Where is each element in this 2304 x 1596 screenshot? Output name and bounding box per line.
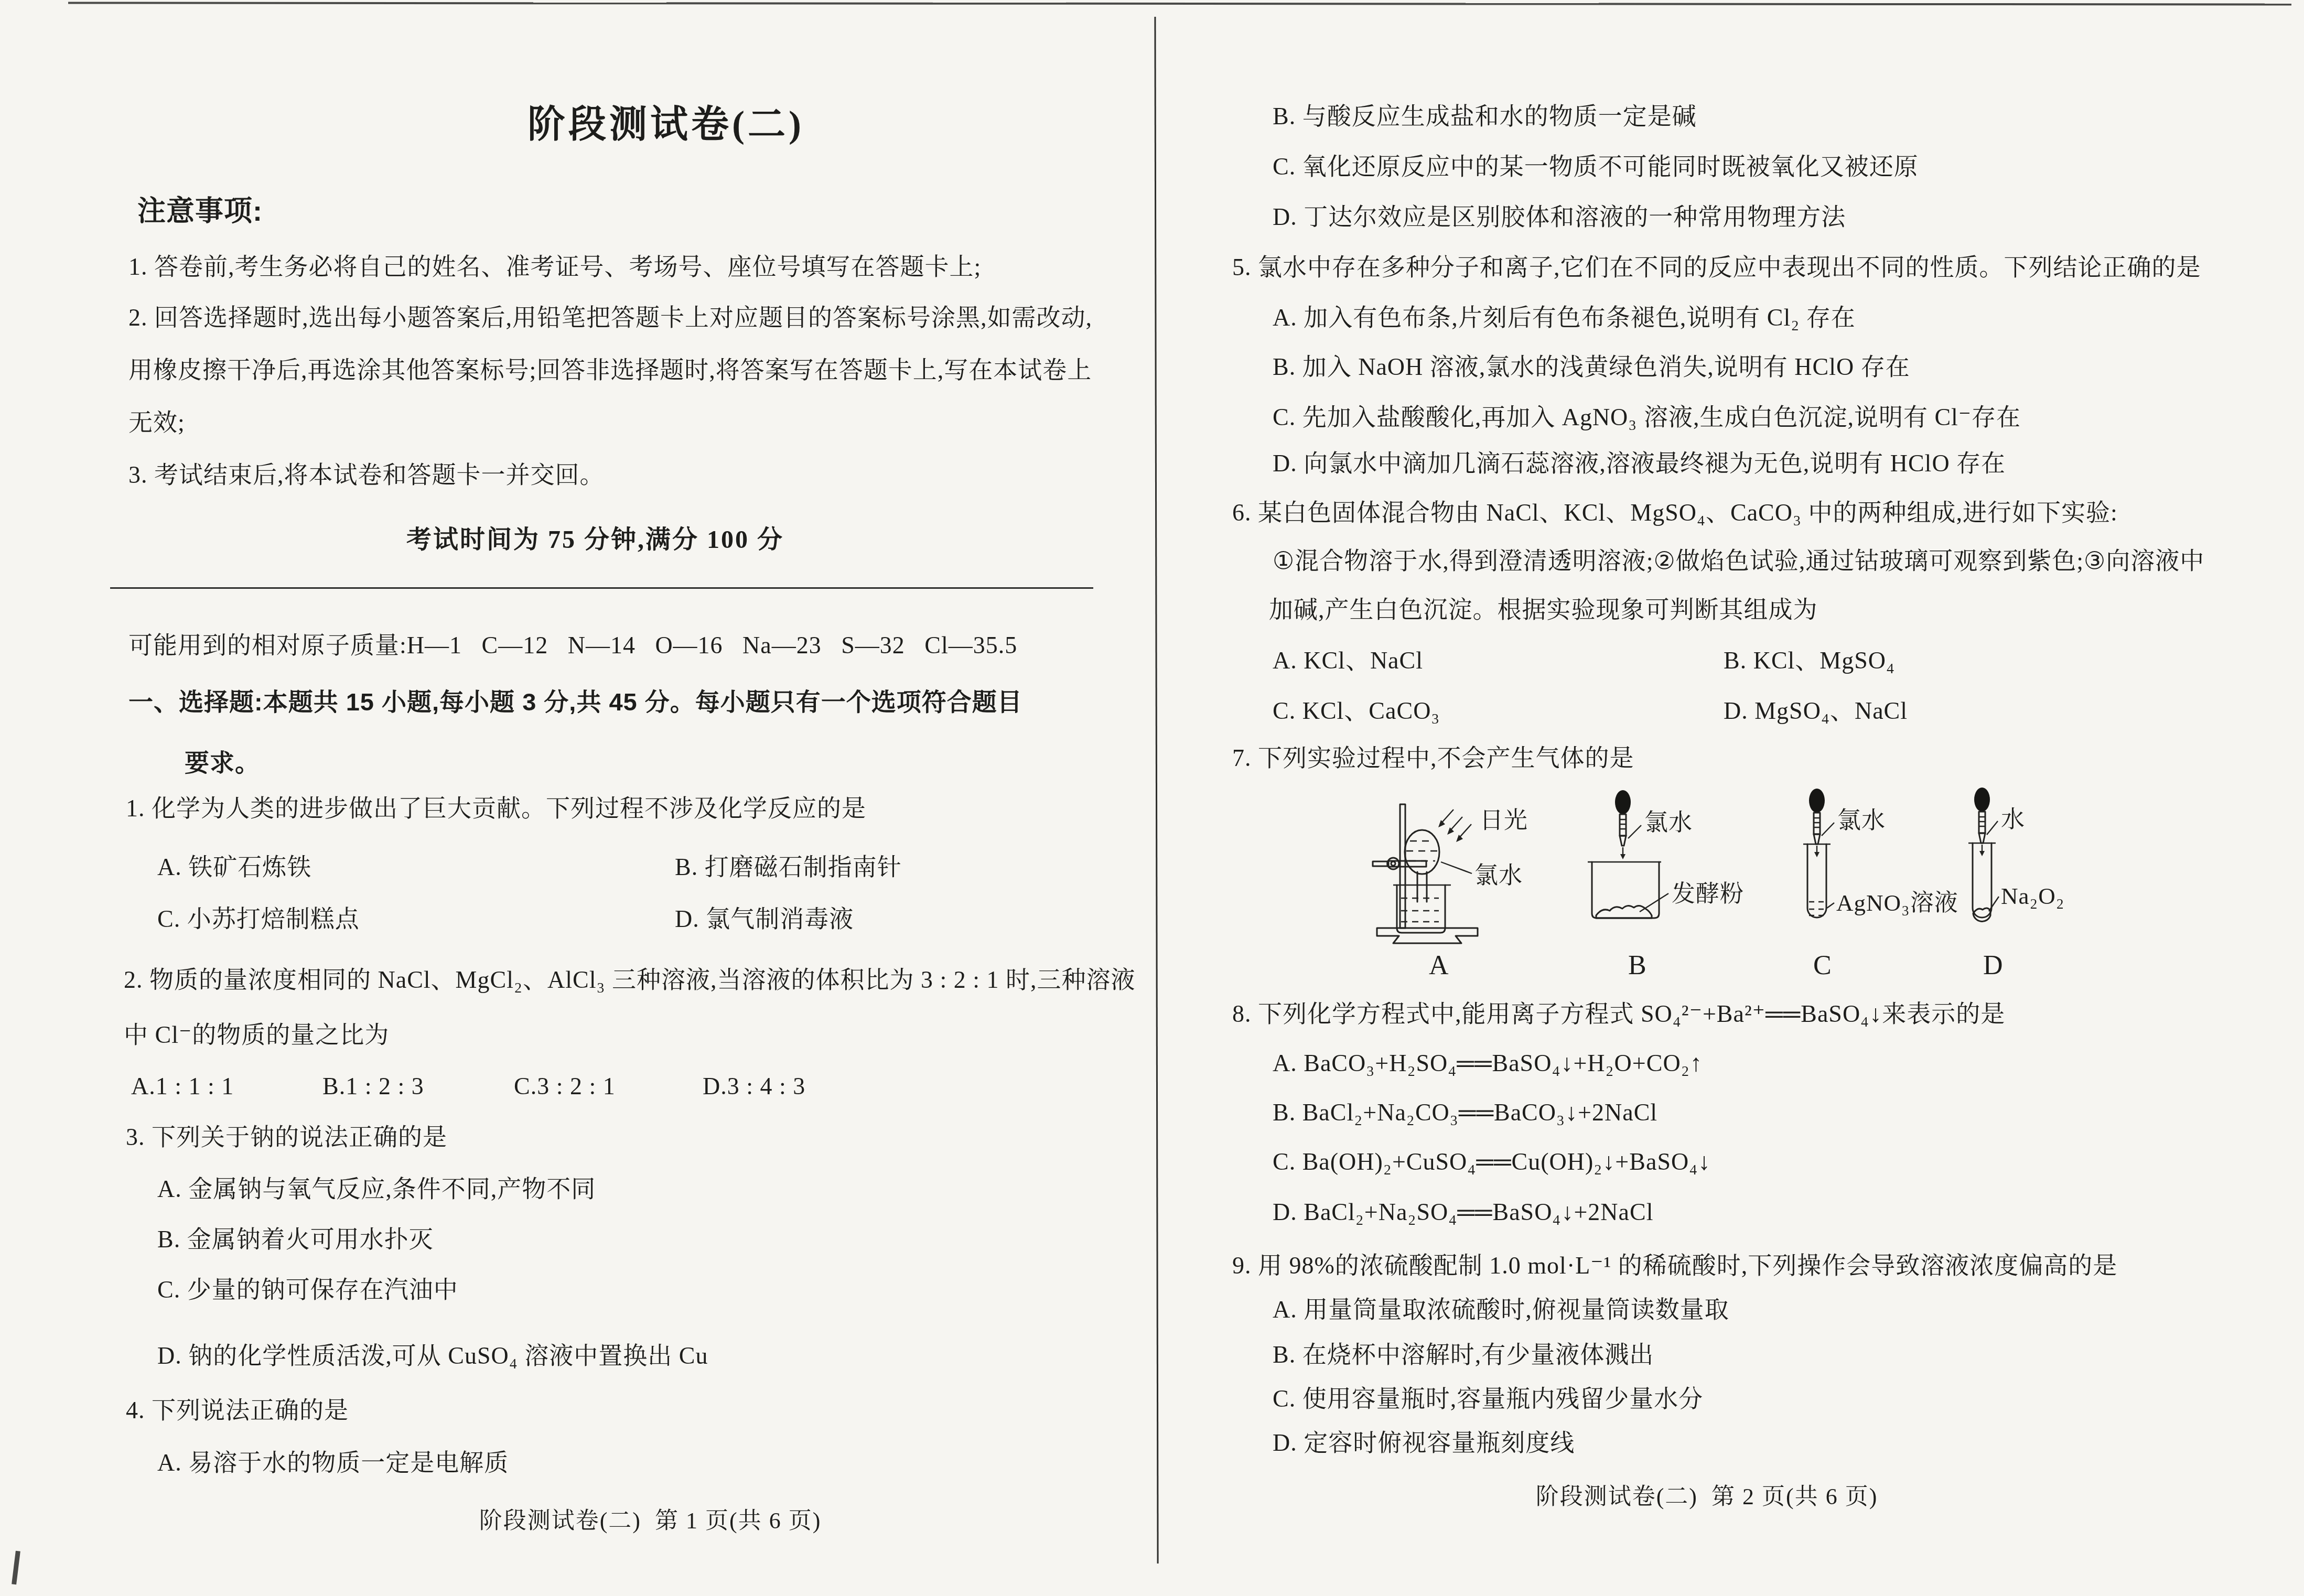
q1-option-d: D. 氯气制消毒液 [675,905,854,933]
notice-line-2b: 用橡皮擦干净后,再选涂其他答案标号;回答非选择题时,将答案写在答题卡上,写在本试… [128,357,1092,384]
q2-option-a: A.1 : 1 : 1 [131,1073,234,1101]
fig-label-agno3: AgNO₃溶液 [1836,890,1958,916]
flask-liquid-icon [1406,841,1438,861]
stand-clamp-knob-icon [1373,861,1387,866]
q8-option-d: D. BaCl₂+Na₂SO₄══BaSO₄↓+2NaCl [1273,1199,1653,1226]
dropper-bulb-icon [1809,789,1825,813]
dropper-tip-icon [1620,836,1626,846]
fig-label-chlorine-a: 氯水 [1474,862,1523,889]
q3-option-a: A. 金属钠与氧气反应,条件不同,产物不同 [157,1176,596,1203]
q6-stem-line1: 6. 某白色固体混合物由 NaCl、KCl、MgSO₄、CaCO₃ 中的两种组成… [1232,499,2118,527]
q9-option-b: B. 在烧杯中溶解时,有少量液体溅出 [1273,1341,1654,1369]
dropper-tip-icon [1979,833,1985,843]
page-divider-line [1154,17,1158,1563]
notice-line-1: 1. 答卷前,考生务必将自己的姓名、准考证号、考场号、座位号填写在答题卡上; [128,253,981,281]
q2-stem-line1: 2. 物质的量浓度相同的 NaCl、MgCl₂、AlCl₃ 三种溶液,当溶液的体… [124,966,1136,994]
q7-experiment-figure: 日光 氯水 A 氯水 发酵粉 B [1342,782,2076,984]
dropper-b-leader [1628,825,1641,838]
dropper-d-leader [1987,821,1998,835]
fig-label-chlorine-c: 氯水 [1837,807,1886,834]
q9-option-a: A. 用量筒量取浓硫酸时,俯视量筒读数量取 [1273,1296,1729,1324]
fig-label-water: 水 [2001,806,2025,833]
q2-stem-line2: 中 Cl⁻的物质的量之比为 [124,1021,389,1049]
dropper-c-leader [1822,823,1834,836]
q5-option-a: A. 加入有色布条,片刻后有色布条褪色,说明有 Cl₂ 存在 [1273,304,1856,332]
q5-stem: 5. 氯水中存在多种分子和离子,它们在不同的反应中表现出不同的性质。下列结论正确… [1232,254,2201,282]
q4-option-a: A. 易溶于水的物质一定是电解质 [157,1449,509,1477]
q8-stem: 8. 下列化学方程式中,能用离子方程式 SO₄²⁻+Ba²⁺══BaSO₄↓来表… [1232,1000,2005,1028]
q9-option-d: D. 定容时俯视容量瓶刻度线 [1273,1429,1575,1457]
scan-edge-top [68,2,2291,6]
fig-label-baking-powder: 发酵粉 [1672,881,1744,907]
section-heading-line2: 要求。 [185,749,260,777]
q7-stem: 7. 下列实验过程中,不会产生气体的是 [1232,745,1634,772]
flask-label-leader [1441,862,1472,874]
powder-leader [1640,893,1668,912]
dropper-marks-icon [1814,818,1820,827]
q2-option-c: C.3 : 2 : 1 [514,1073,616,1101]
page2-footer: 阶段测试卷(二) 第 2 页(共 6 页) [1536,1484,1878,1511]
q2-option-b: B.1 : 2 : 3 [322,1073,424,1101]
q4-option-c: C. 氧化还原反应中的某一物质不可能同时既被氧化又被还原 [1273,153,1919,181]
page1-footer: 阶段测试卷(二) 第 1 页(共 6 页) [479,1508,822,1535]
agno3-leader [1827,903,1834,908]
apparatus-d: 水 Na₂O₂ D [1968,788,2064,980]
scanned-test-paper: 阶段测试卷(二) 注意事项: 1. 答卷前,考生务必将自己的姓名、准考证号、考场… [0,0,2304,1596]
dropper-tube-icon [1620,814,1626,836]
dropper-marks-icon [1979,817,1985,826]
q4-option-d: D. 丁达尔效应是区别胶体和溶液的一种常用物理方法 [1273,203,1846,231]
q4-option-b: B. 与酸反应生成盐和水的物质一定是碱 [1273,103,1697,131]
atomic-mass-line: 可能用到的相对原子质量:H—1 C—12 N—14 O—16 Na—23 S—3… [128,632,1017,660]
q8-option-a: A. BaCO₃+H₂SO₄══BaSO₄↓+H₂O+CO₂↑ [1273,1050,1703,1077]
drop-arrow-icon [1814,852,1819,857]
drop-arrow-icon [1979,851,1985,856]
apparatus-c: 氯水 AgNO₃溶液 C [1803,789,1958,980]
fig-label-chlorine-b: 氯水 [1644,810,1693,836]
q3-option-b: B. 金属钠着火可用水扑灭 [157,1226,434,1254]
q8-option-b: B. BaCl₂+Na₂CO₃══BaCO₃↓+2NaCl [1273,1099,1657,1127]
dropper-bulb-icon [1615,790,1631,814]
q6-stem-line3: 加碱,产生白色沉淀。根据实验现象可判断其组成为 [1269,596,1818,624]
notice-heading: 注意事项: [137,195,263,228]
q1-option-c: C. 小苏打焙制糕点 [157,905,360,933]
apparatus-b: 氯水 发酵粉 B [1588,790,1744,980]
q1-option-b: B. 打磨磁石制指南针 [675,854,902,881]
scan-edge-corner [12,1551,20,1585]
sunlight-arrows-icon [1438,810,1471,842]
q8-option-c: C. Ba(OH)₂+CuSO₄══Cu(OH)₂↓+BaSO₄↓ [1273,1148,1710,1176]
q5-option-b: B. 加入 NaOH 溶液,氯水的浅黄绿色消失,说明有 HClO 存在 [1273,353,1910,381]
notice-line-2c: 无效; [128,409,185,437]
q6-option-a: A. KCl、NaCl [1273,647,1423,675]
dropper-tube-icon [1814,813,1820,834]
na2o2-leader [1989,897,1999,911]
section-heading-line1: 一、选择题:本题共 15 小题,每小题 3 分,共 45 分。每小题只有一个选项… [128,688,1022,716]
q5-option-d: D. 向氯水中滴加几滴石蕊溶液,溶液最终褪为无色,说明有 HClO 存在 [1273,450,2006,478]
q2-option-d: D.3 : 4 : 3 [703,1073,805,1101]
q6-option-b: B. KCl、MgSO₄ [1724,647,1895,675]
fig-letter-b: B [1628,951,1647,980]
q6-option-c: C. KCl、CaCO₃ [1273,697,1440,725]
q5-option-c: C. 先加入盐酸酸化,再加入 AgNO₃ 溶液,生成白色沉淀,说明有 Cl⁻存在 [1273,404,2021,432]
q3-option-c: C. 少量的钠可保存在汽油中 [157,1276,458,1304]
q9-option-c: C. 使用容量瓶时,容量瓶内残留少量水分 [1273,1385,1703,1413]
dropper-tube-icon [1979,812,1985,833]
q6-option-d: D. MgSO₄、NaCl [1724,697,1908,725]
q4-stem: 4. 下列说法正确的是 [126,1397,349,1425]
q3-stem: 3. 下列关于钠的说法正确的是 [126,1124,447,1151]
dropper-bulb-icon [1974,788,1990,812]
fig-label-na2o2: Na₂O₂ [2001,883,2064,909]
page-title: 阶段测试卷(二) [527,103,804,146]
beaker-a-icon [1397,885,1445,933]
fig-letter-d: D [1983,951,2004,980]
fig-letter-c: C [1813,951,1832,980]
dropper-marks-icon [1620,819,1626,829]
flask-neck-icon [1417,872,1427,902]
fig-letter-a: A [1429,951,1449,980]
notice-line-2a: 2. 回答选择题时,选出每小题答案后,用铅笔把答题卡上对应题目的答案标号涂黑,如… [128,304,1092,332]
q9-stem: 9. 用 98%的浓硫酸配制 1.0 mol·L⁻¹ 的稀硫酸时,下列操作会导致… [1232,1252,2117,1280]
apparatus-a: 日光 氯水 A [1373,804,1528,980]
drop-arrow-icon [1620,854,1625,859]
baking-powder-icon [1596,905,1652,918]
fig-label-sunlight: 日光 [1480,807,1528,834]
dropper-tip-icon [1814,834,1820,844]
notice-line-3: 3. 考试结束后,将本试卷和答题卡一并交回。 [128,461,605,489]
q3-option-d: D. 钠的化学性质活泼,可从 CuSO₄ 溶液中置换出 Cu [157,1342,708,1370]
stand-clamp-screw-icon [1391,861,1395,866]
stand-base-icon [1377,928,1478,943]
q1-option-a: A. 铁矿石炼铁 [157,854,311,881]
q6-stem-line2: ①混合物溶于水,得到澄清透明溶液;②做焰色试验,通过钴玻璃可观察到紫色;③向溶液… [1273,547,2204,575]
beaker-a-water-icon [1401,898,1439,922]
q1-stem: 1. 化学为人类的进步做出了巨大贡献。下列过程不涉及化学反应的是 [126,795,866,823]
exam-time-line: 考试时间为 75 分钟,满分 100 分 [406,525,784,554]
agno3-liquid-icon [1809,902,1825,915]
section-divider-rule [110,587,1093,589]
